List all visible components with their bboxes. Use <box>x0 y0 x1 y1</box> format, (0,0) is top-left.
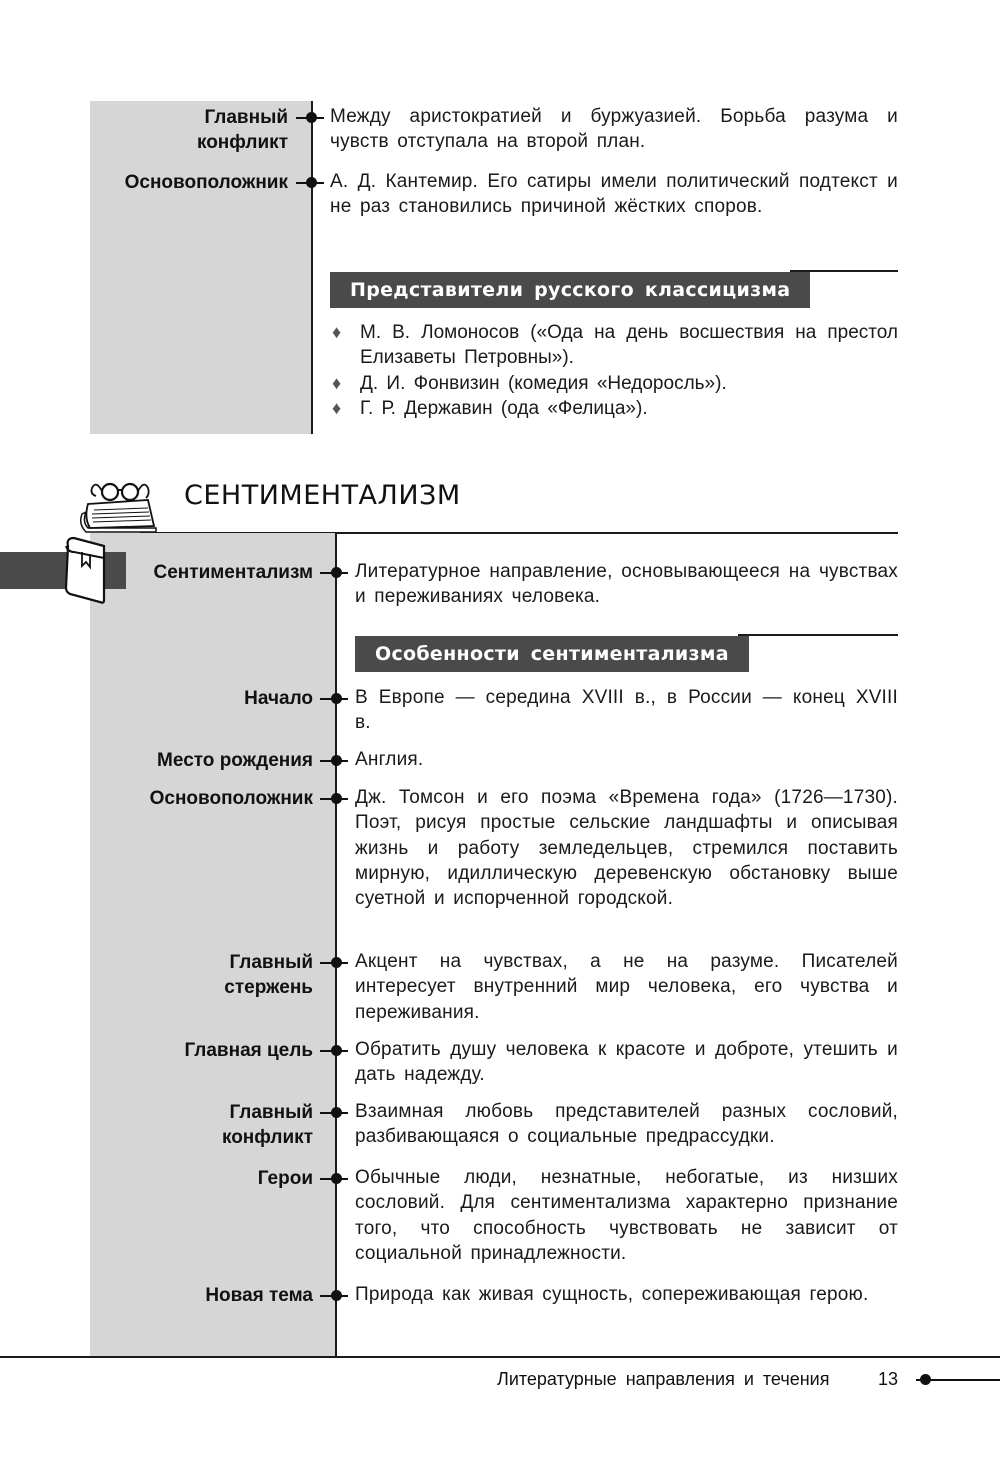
page-number: 13 <box>878 1369 898 1390</box>
term-line: Новая тема <box>205 1283 313 1308</box>
heading-rule <box>790 270 898 272</box>
footer-dot-icon <box>920 1374 931 1385</box>
bullet-dot-icon <box>331 793 342 804</box>
term-line: Главная цель <box>184 1038 313 1063</box>
bullet-dot-icon <box>331 755 342 766</box>
feature-term: Начало <box>244 686 313 711</box>
term-column-background <box>90 533 336 1357</box>
bookmark-book-icon <box>62 536 110 606</box>
term-line: Главный <box>222 1100 313 1125</box>
term-line: Сентиментализм <box>154 560 314 585</box>
description-main-conflict: Между аристократией и буржуазией. Борьба… <box>330 104 898 155</box>
feature-term: Новая тема <box>205 1283 313 1308</box>
timeline-line <box>311 101 313 434</box>
book-with-glasses-icon <box>78 474 158 534</box>
bullet-dot-icon <box>331 567 342 578</box>
term-line: Герои <box>258 1166 313 1191</box>
feature-description: Обратить душу человека к красоте и добро… <box>355 1037 898 1088</box>
timeline-line <box>335 533 337 1357</box>
diamond-bullet-icon: ♦ <box>332 371 341 396</box>
term-founder: Основоположник <box>125 170 288 195</box>
bullet-dot-icon <box>331 693 342 704</box>
description-founder: А. Д. Кантемир. Его сатиры имели политич… <box>330 169 898 220</box>
term-line: Основоположник <box>150 786 313 811</box>
list-item-text: М. В. Ломоносов («Ода на день восшествия… <box>360 322 898 368</box>
section-title: СЕНТИМЕНТАЛИЗМ <box>184 480 461 511</box>
feature-description: Обычные люди, незнатные, небогатые, из н… <box>355 1165 898 1266</box>
bullet-dot-icon <box>306 112 317 123</box>
feature-term: Место рождения <box>157 748 313 773</box>
footer-rule <box>0 1356 1000 1358</box>
term-sentimentalism: Сентиментализм <box>154 560 314 585</box>
bullet-dot-icon <box>331 1045 342 1056</box>
term-line: Главный <box>197 105 288 130</box>
diamond-bullet-icon: ♦ <box>332 396 341 421</box>
term-line: конфликт <box>197 130 288 155</box>
features-heading: Особенности сентиментализма <box>355 636 749 672</box>
heading-rule <box>738 634 898 636</box>
term-line: Начало <box>244 686 313 711</box>
description-definition: Литературное направление, основывающееся… <box>355 559 898 610</box>
feature-term: Главныйстержень <box>224 950 313 1000</box>
feature-description: В Европе — середина XVIII в., в России —… <box>355 685 898 736</box>
feature-description: Акцент на чувствах, а не на разуме. Писа… <box>355 949 898 1025</box>
feature-description: Англия. <box>355 747 898 772</box>
bullet-dot-icon <box>306 177 317 188</box>
bullet-dot-icon <box>331 1107 342 1118</box>
term-line: Основоположник <box>125 170 288 195</box>
list-item: ♦Д. И. Фонвизин (комедия «Недоросль»). <box>330 371 898 396</box>
diamond-bullet-icon: ♦ <box>332 320 341 345</box>
feature-description: Взаимная любовь представителей разных со… <box>355 1099 898 1150</box>
feature-term: Главныйконфликт <box>222 1100 313 1150</box>
feature-term: Главная цель <box>184 1038 313 1063</box>
term-line: Главный <box>224 950 313 975</box>
term-line: Место рождения <box>157 748 313 773</box>
list-item-text: Г. Р. Державин (ода «Фелица»). <box>360 398 648 419</box>
feature-term: Основоположник <box>150 786 313 811</box>
feature-term: Герои <box>258 1166 313 1191</box>
term-line: конфликт <box>222 1125 313 1150</box>
bullet-dot-icon <box>331 1290 342 1301</box>
list-item: ♦М. В. Ломоносов («Ода на день восшестви… <box>330 320 898 371</box>
running-title: Литературные направления и течения <box>497 1369 829 1390</box>
list-item-text: Д. И. Фонвизин (комедия «Недоросль»). <box>360 373 727 394</box>
term-main-conflict: Главный конфликт <box>197 105 288 155</box>
term-line: стержень <box>224 975 313 1000</box>
list-item: ♦Г. Р. Державин (ода «Фелица»). <box>330 396 898 421</box>
representatives-list: ♦М. В. Ломоносов («Ода на день восшестви… <box>330 320 898 421</box>
bullet-dot-icon <box>331 1173 342 1184</box>
representatives-heading: Представители русского классицизма <box>330 272 810 308</box>
feature-description: Природа как живая сущность, сопереживающ… <box>355 1282 898 1307</box>
feature-description: Дж. Томсон и его поэма «Времена года» (1… <box>355 785 898 911</box>
bullet-dot-icon <box>331 957 342 968</box>
